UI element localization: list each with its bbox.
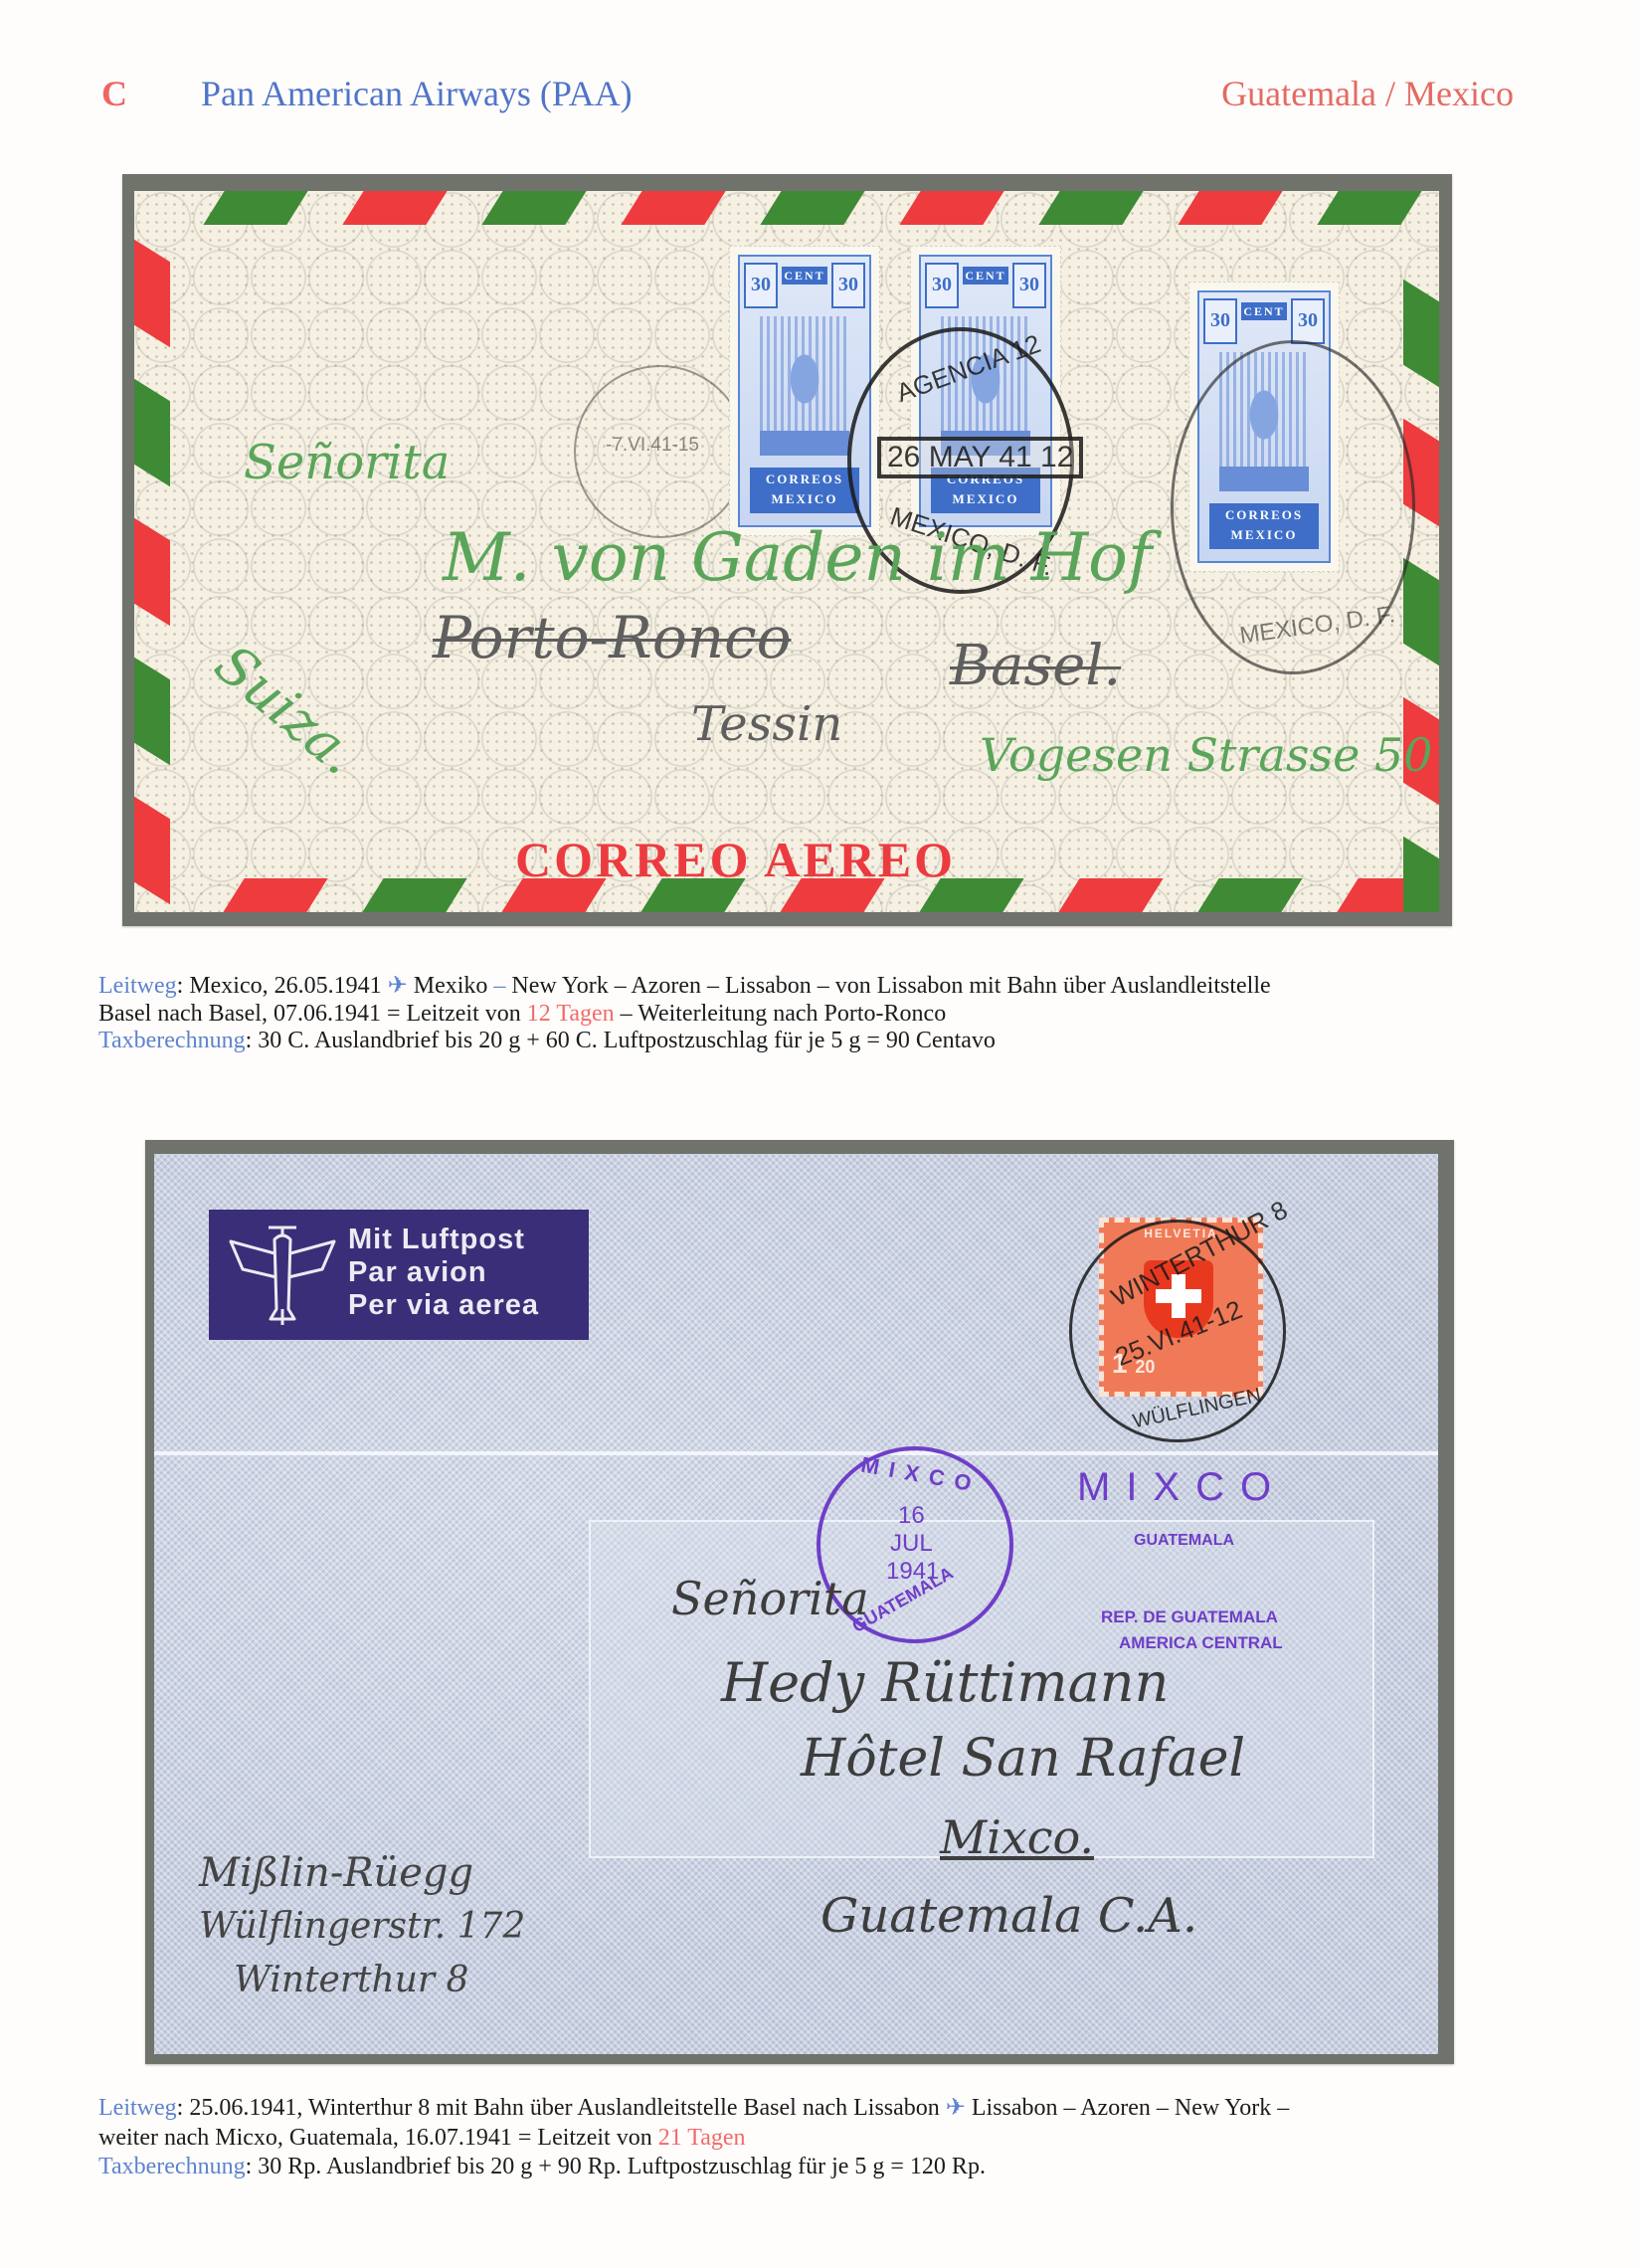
address-line: Vogesen Strasse 50 xyxy=(980,728,1432,782)
sender-line: Wülflingerstr. 172 xyxy=(199,1906,525,1947)
route-line-1: Leitweg: Mexico, 26.05.1941 ✈ Mexiko – N… xyxy=(98,973,1511,1001)
transit-duration: 21 Tagen xyxy=(658,2125,746,2151)
route-line-2: weiter nach Micxo, Guatemala, 16.07.1941… xyxy=(98,2124,1511,2154)
address-line: Tessin xyxy=(691,696,842,752)
address-line: Basel. xyxy=(950,634,1121,698)
tax-line: Taxberechnung: 30 Rp. Auslandbrief bis 2… xyxy=(98,2153,1511,2182)
mixco-handstamp: MIXCO xyxy=(1077,1465,1287,1510)
basel-arrival-cancel: -7.VI.41-15 xyxy=(574,365,747,538)
address-line: Señorita xyxy=(671,1572,869,1625)
cover2-caption: Leitweg: 25.06.1941, Winterthur 8 mit Ba… xyxy=(98,2094,1511,2182)
address-line: Hôtel San Rafael xyxy=(801,1729,1245,1789)
flight-arrow-icon: ✈ xyxy=(388,973,408,999)
mixco-handstamp: GUATEMALA xyxy=(1134,1532,1234,1550)
airplane-icon xyxy=(225,1222,340,1327)
mixco-handstamp: AMERICA CENTRAL xyxy=(1119,1633,1283,1653)
cover1-envelope: -7.VI.41-15 30 30 CENT CORREOSMEXICO 30 … xyxy=(134,191,1439,912)
mixco-handstamp: REP. DE GUATEMALA xyxy=(1101,1607,1278,1627)
cover1-caption: Leitweg: Mexico, 26.05.1941 ✈ Mexiko – N… xyxy=(98,973,1511,1055)
page-title: Pan American Airways (PAA) xyxy=(201,72,633,115)
sender-line: Winterthur 8 xyxy=(234,1960,468,2000)
address-line: Hedy Rüttimann xyxy=(721,1651,1169,1714)
tax-line: Taxberechnung: 30 C. Auslandbrief bis 20… xyxy=(98,1028,1511,1055)
address-line: Suiza. xyxy=(203,633,370,788)
address-line: Mixco. xyxy=(940,1810,1094,1864)
address-line: M. von Gaden im Hof xyxy=(443,519,1152,596)
cover2-mount: Mit Luftpost Par avion Per via aerea HEL… xyxy=(145,1140,1454,2064)
route-line-2: Basel nach Basel, 07.06.1941 = Leitzeit … xyxy=(98,1001,1511,1029)
cover2-envelope: Mit Luftpost Par avion Per via aerea HEL… xyxy=(154,1154,1438,2054)
airmail-label: Mit Luftpost Par avion Per via aerea xyxy=(209,1210,589,1340)
winterthur-cancel: WINTERTHUR 8 25.VI.41-12 WÜLFLINGEN xyxy=(1069,1220,1286,1442)
transit-duration: 12 Tagen xyxy=(527,1001,615,1027)
monument-vignette xyxy=(760,316,849,456)
section-letter: C xyxy=(101,72,127,115)
agencia-cancel-second: MEXICO, D. F. xyxy=(1171,340,1415,674)
region-title: Guatemala / Mexico xyxy=(1221,72,1514,115)
correo-aereo-print: CORREO AEREO xyxy=(515,830,956,889)
address-line: Guatemala C.A. xyxy=(820,1888,1197,1944)
envelope-fold xyxy=(154,1451,1438,1455)
cover1-mount: -7.VI.41-15 30 30 CENT CORREOSMEXICO 30 … xyxy=(122,174,1452,926)
address-line: Señorita xyxy=(244,435,450,490)
route-line-1: Leitweg: 25.06.1941, Winterthur 8 mit Ba… xyxy=(98,2094,1511,2124)
address-line: Porto-Ronco xyxy=(433,604,792,671)
flight-arrow-icon: ✈ xyxy=(946,2095,966,2121)
sender-line: Mißlin-Rüegg xyxy=(199,1850,473,1896)
